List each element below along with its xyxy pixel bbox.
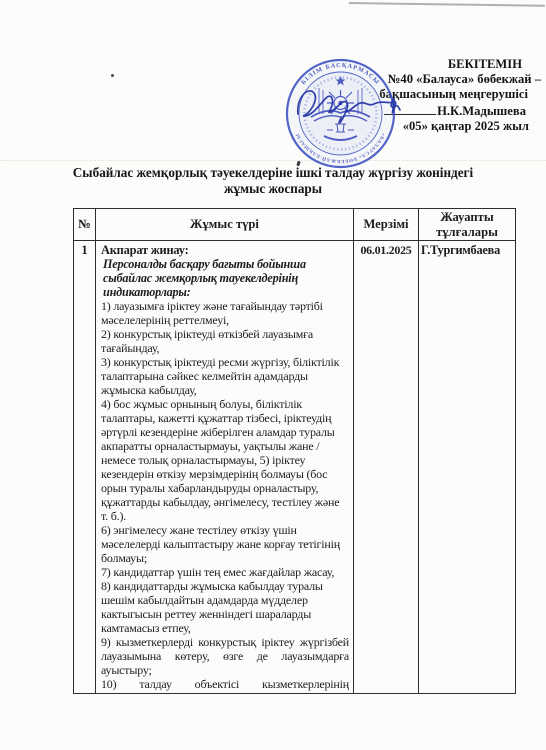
- table-header-row: № Жұмыс түрі Мерзімі Жауапты тұлғалары: [74, 209, 516, 241]
- scan-speck: [111, 74, 114, 77]
- work-item: 2) конкурстық іріктеуді өткізбей лауазым…: [101, 327, 349, 355]
- work-item: 1) лауазымға іріктеу және тағайындау тәр…: [101, 299, 349, 327]
- work-item: 6) энгімелесу жане тестілеу өткізу үшін …: [101, 523, 349, 565]
- scan-noise-line: [0, 160, 546, 161]
- work-item: 8) кандидаттарды жұмыска кабылдау туралы…: [101, 579, 349, 635]
- work-item: 3) конкурстық іріктеуді ресми жүргізу, б…: [101, 355, 349, 397]
- signer-name: Н.К.Мадышева: [437, 104, 526, 118]
- scanned-document-page: БЕКІТЕМІН №40 «Балауса» бөбекжай – бақша…: [0, 0, 546, 750]
- work-item: 9) кызметкерлерді конкурстық іріктеу жүр…: [101, 635, 349, 677]
- row-responsible: Г.Тургимбаева: [419, 241, 516, 694]
- work-item: 4) бос жұмыс орнының болуы, біліктілік т…: [101, 397, 349, 523]
- document-title: Сыбайлас жемқорлық тәуекелдеріне ішкі та…: [63, 165, 483, 196]
- row-work-type-cell: Акпарат жинау: Персоналды басқару бағыты…: [96, 241, 354, 694]
- table-row: 1 Акпарат жинау: Персоналды басқару бағы…: [74, 241, 516, 694]
- header-responsible: Жауапты тұлғалары: [419, 209, 516, 241]
- header-work-type: Жұмыс түрі: [96, 209, 354, 241]
- row-term: 06.01.2025: [354, 241, 419, 694]
- work-intro: Акпарат жинау:: [101, 243, 349, 257]
- header-number: №: [74, 209, 96, 241]
- scan-artifact-line: [349, 2, 545, 7]
- work-plan-table: № Жұмыс түрі Мерзімі Жауапты тұлғалары 1…: [73, 208, 516, 694]
- header-term: Мерзімі: [354, 209, 419, 241]
- work-item: 10) талдау объектісі кызметкерлерінің: [101, 677, 349, 691]
- row-number: 1: [74, 241, 96, 694]
- work-type-content: Акпарат жинау: Персоналды басқару бағыты…: [101, 243, 349, 691]
- work-item: 7) кандидаттар үшін тең емес жағдайлар ж…: [101, 565, 349, 579]
- signature-icon: [288, 80, 446, 132]
- work-subtitle: Персоналды басқару бағыты бойынша сыбайл…: [101, 257, 349, 299]
